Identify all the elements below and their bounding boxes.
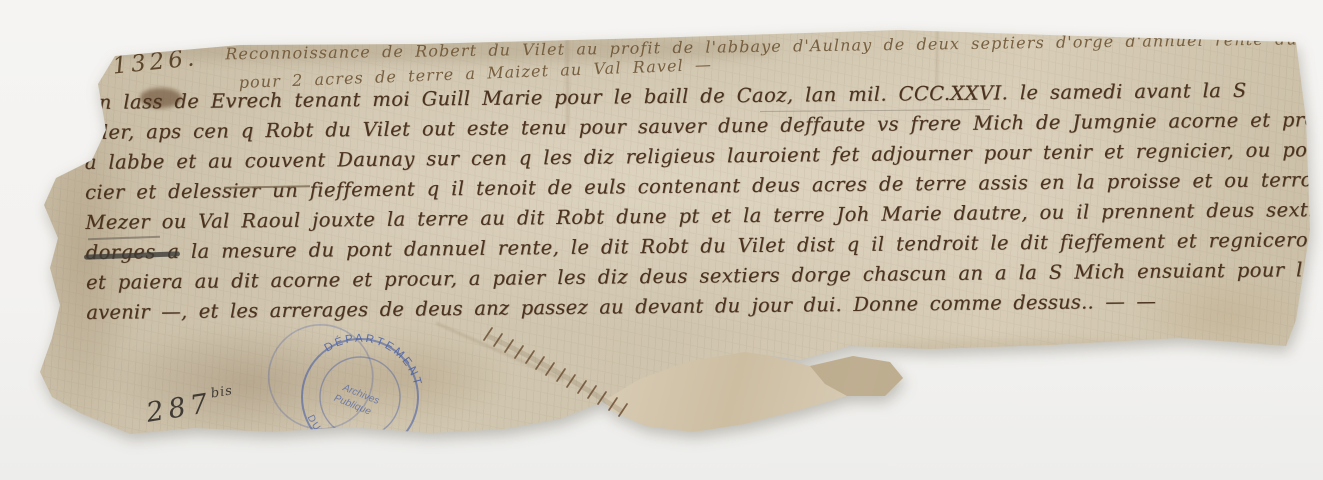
year-annotation: 1326. bbox=[111, 45, 199, 80]
stitch-repair-seam bbox=[468, 322, 653, 437]
shelf-mark-number: 287 bbox=[144, 388, 215, 429]
parchment-document: 1326. Reconnoissance de Robert du Vilet … bbox=[0, 0, 1323, 480]
archives-stamp: DÉPARTEMENT DU CALVADOS Archives Publiqu… bbox=[262, 325, 472, 460]
archival-note-line1: Reconnoissance de Robert du Vilet au pro… bbox=[225, 29, 1308, 63]
scan-background: 1326. Reconnoissance de Robert du Vilet … bbox=[0, 0, 1323, 480]
ghost-stamp-ring bbox=[253, 309, 388, 444]
charter-text: En lass de Evrech tenant moi Guill Marie… bbox=[84, 75, 1301, 328]
svg-text:DU CALVADOS: DU CALVADOS bbox=[298, 410, 389, 467]
shelf-mark: 287bis bbox=[144, 383, 237, 428]
stamp-arc-bottom-text: DU CALVADOS bbox=[298, 410, 389, 467]
shelf-mark-suffix: bis bbox=[210, 383, 234, 401]
archival-note: 1326. Reconnoissance de Robert du Vilet … bbox=[110, 17, 1310, 34]
